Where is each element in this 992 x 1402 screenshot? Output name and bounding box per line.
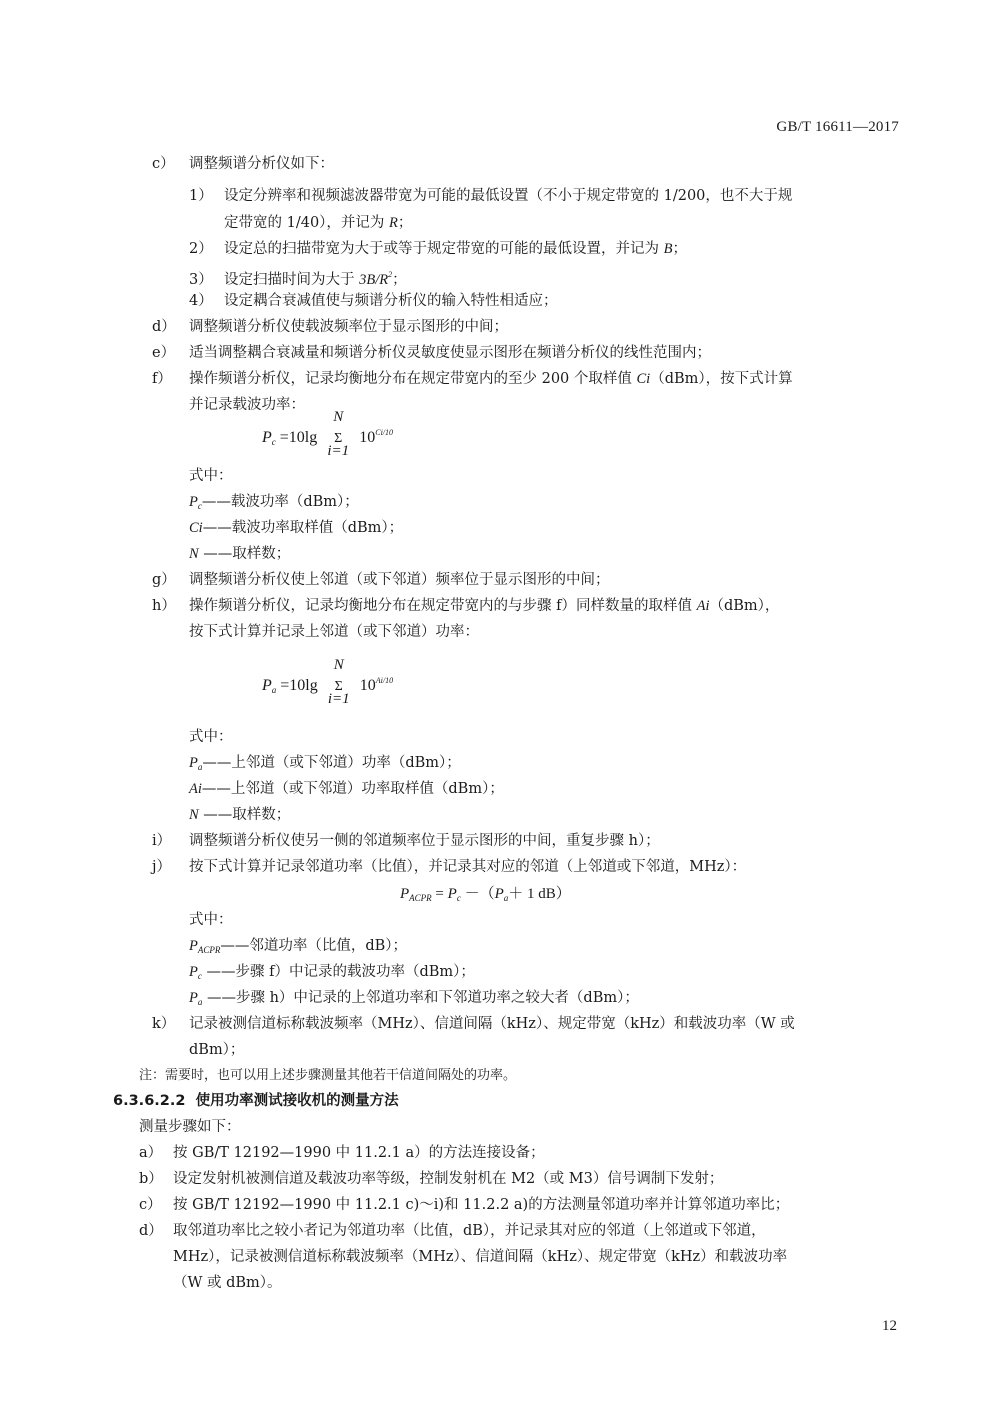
step-b: b）设定发射机被测信道及载波功率等级，控制发射机在 M2（或 M3）信号调制下发… [139,1169,723,1189]
section-intro: 测量步骤如下： [139,1117,241,1137]
item-c: c）调整频谱分析仪如下： [152,154,334,174]
def-pa-j: Pa ——步骤 h）中记录的上邻道功率和下邻道功率之较大者（dBm）； [189,988,639,1012]
item-c-1: 1）设定分辨率和视频滤波器带宽为可能的最低设置（不小于规定带宽的 1/200，也… [189,186,792,206]
document-page: GB/T 16611—2017 c）调整频谱分析仪如下： 1）设定分辨率和视频滤… [0,0,992,1402]
def-pa: Pa——上邻道（或下邻道）功率（dBm）； [189,753,461,777]
summation-symbol: NΣi=1 [328,677,350,695]
def-n-h: N ——取样数； [189,805,290,825]
summation-symbol: NΣi=1 [327,429,349,447]
item-f: f）操作频谱分析仪，记录均衡地分布在规定带宽内的至少 200 个取样值 Ci（d… [152,369,793,389]
step-c: c）按 GB/T 12192—1990 中 11.2.1 c)～i)和 11.2… [139,1195,789,1215]
item-c-2: 2）设定总的扫描带宽为大于或等于规定带宽的可能的最低设置，并记为 B； [189,239,687,259]
def-ci: Ci——载波功率取样值（dBm）； [189,518,403,538]
where-label-j: 式中： [189,910,233,930]
item-d: d）调整频谱分析仪使载波频率位于显示图形的中间； [152,317,508,337]
item-c-1-cont: 定带宽的 1/40），并记为 R； [224,213,412,233]
step-a: a）按 GB/T 12192—1990 中 11.2.1 a）的方法连接设备； [139,1143,545,1163]
note: 注：需要时，也可以用上述步骤测量其他若干信道间隔处的功率。 [139,1066,516,1086]
def-n-f: N ——取样数； [189,544,290,564]
where-label-f: 式中： [189,466,233,486]
step-d-cont1: MHz），记录被测信道标称载波频率（MHz）、信道间隔（kHz）、规定带宽（kH… [173,1247,787,1267]
adjacent-power-formula: Pa =10lg NΣi=1 10Ai/10 [262,676,393,695]
carrier-power-formula: Pc =10lg NΣi=1 10Ci/10 [262,428,393,447]
def-pc-j: Pc ——步骤 f）中记录的载波功率（dBm）； [189,962,475,986]
acpr-formula: PACPR = Pc －（Pa＋ 1 dB） [400,882,571,903]
def-pc: Pc——载波功率（dBm）； [189,492,359,516]
page-number: 12 [882,1318,897,1335]
item-e: e）适当调整耦合衰减量和频谱分析仪灵敏度使显示图形在频谱分析仪的线性范围内； [152,343,711,363]
item-g: g）调整频谱分析仪使上邻道（或下邻道）频率位于显示图形的中间； [152,570,610,590]
item-c-4: 4）设定耦合衰减值使与频谱分析仪的输入特性相适应； [189,291,558,311]
def-ai: Ai——上邻道（或下邻道）功率取样值（dBm）； [189,779,504,799]
item-h: h）操作频谱分析仪，记录均衡地分布在规定带宽内的与步骤 f）同样数量的取样值 A… [152,596,779,616]
item-c-3: 3）设定扫描时间为大于 3B/R2； [189,265,407,290]
where-label-h: 式中： [189,727,233,747]
item-i: i）调整频谱分析仪使另一侧的邻道频率位于显示图形的中间，重复步骤 h）； [152,831,660,851]
item-k-cont: dBm）； [189,1040,244,1060]
item-h-cont: 按下式计算并记录上邻道（或下邻道）功率： [189,622,479,642]
standard-code: GB/T 16611—2017 [776,119,899,136]
step-d-cont2: （W 或 dBm）。 [173,1273,282,1293]
step-d: d）取邻道功率比之较小者记为邻道功率（比值，dB），并记录其对应的邻道（上邻道或… [139,1221,766,1241]
item-f-cont: 并记录载波功率： [189,395,305,415]
item-k: k）记录被测信道标称载波频率（MHz）、信道间隔（kHz）、规定带宽（kHz）和… [152,1014,795,1034]
def-pacpr: PACPR——邻道功率（比值，dB）； [189,936,407,960]
section-heading: 6.3.6.2.2 使用功率测试接收机的测量方法 [113,1091,399,1111]
item-j: j）按下式计算并记录邻道功率（比值），并记录其对应的邻道（上邻道或下邻道，MHz… [152,857,746,877]
